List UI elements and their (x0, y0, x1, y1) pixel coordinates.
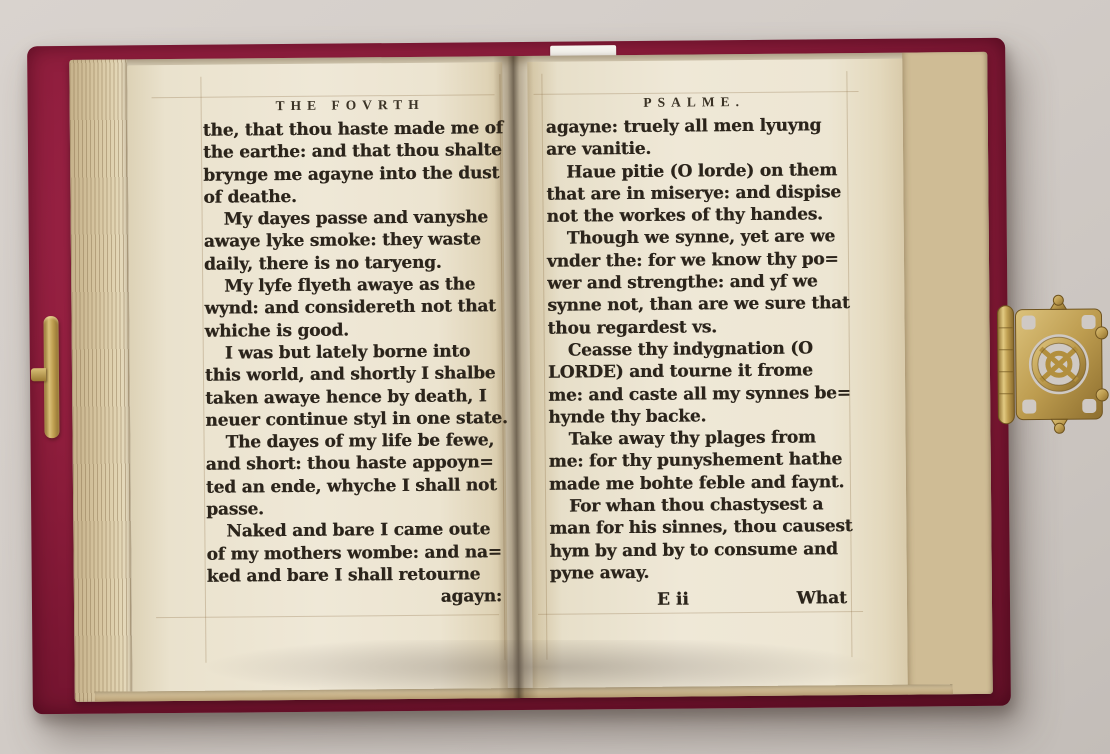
text-line: are vanitie. (546, 136, 843, 161)
text-line: that are in miserye: and dispise (546, 181, 843, 206)
text-lines: agayne: truely all men lyuyngare vanitie… (546, 114, 847, 585)
text-line: made me bohte feble and faynt. (549, 471, 846, 496)
ruled-line (156, 614, 499, 618)
clasp-ornament-icon (993, 293, 1110, 436)
text-line: LORDE) and tourne it frome (548, 359, 845, 384)
text-line: of my mothers wombe: and na= (206, 541, 501, 566)
text-line: whiche is good. (205, 318, 500, 343)
text-line: I was but lately borne into (205, 340, 500, 365)
text-line: My lyfe flyeth awaye as the (204, 273, 499, 298)
text-line: hynde thy backe. (548, 404, 845, 429)
text-line: For whan thou chastysest a (549, 493, 846, 518)
gutter-shadow (493, 56, 539, 698)
catchword: What (797, 587, 848, 609)
text-line: man for his sinnes, thou causest (549, 515, 846, 540)
text-line: agayn: (207, 585, 502, 610)
text-line: and short: thou haste appoyn= (206, 452, 501, 477)
text-line: the earthe: and that thou shalte (203, 139, 498, 164)
text-line: awaye lyke smoke: they waste (204, 229, 499, 254)
text-line: me: and caste all my synnes be= (548, 382, 845, 407)
text-line: ted an ende, whyche I shall not (206, 474, 501, 499)
page-block: THE FOVRTH the, that thou haste made me … (69, 52, 993, 702)
text-column-right: agayne: truely all men lyuyngare vanitie… (546, 114, 847, 612)
text-line: wynd: and considereth not that (204, 296, 499, 321)
text-line: the, that thou haste made me of (203, 117, 498, 142)
gilt-clasp (993, 293, 1110, 436)
text-line: me: for thy punyshement hathe (549, 449, 846, 474)
running-header-left: THE FOVRTH (203, 96, 498, 115)
photo-background: THE FOVRTH the, that thou haste made me … (0, 0, 1110, 754)
text-line: brynge me agayne into the dust (203, 162, 498, 187)
text-line: neuer continue styl in one state. (205, 407, 500, 432)
text-line: this world, and shortly I shalbe (205, 362, 500, 387)
text-line: thou regardest vs. (547, 315, 844, 340)
signature-mark: E ii (657, 589, 689, 611)
right-page: PSALME. agayne: truely all men lyuyngare… (527, 59, 907, 688)
page-edges-left (69, 59, 133, 701)
text-line: My dayes passe and vanyshe (204, 206, 499, 231)
text-line: wer and strengthe: and yf we (547, 270, 844, 295)
text-line: pyne away. (550, 560, 847, 585)
text-column-left: the, that thou haste made me ofthe earth… (203, 117, 502, 610)
text-line: Naked and bare I came oute (206, 519, 501, 544)
running-header-right: PSALME. (546, 93, 843, 112)
text-line: not the workes of thy handes. (547, 203, 844, 228)
text-line: Take away thy plages from (548, 426, 845, 451)
text-line: vnder the: for we know thy po= (547, 248, 844, 273)
text-line: daily, there is no taryeng. (204, 251, 499, 276)
text-line: of deathe. (203, 184, 498, 209)
text-line: Ceasse thy indygnation (O (548, 337, 845, 362)
text-line: hym by and by to consume and (549, 538, 846, 563)
left-page: THE FOVRTH the, that thou haste made me … (127, 62, 507, 691)
fore-edge-right (902, 52, 993, 695)
text-line: passe. (206, 496, 501, 521)
text-line: Though we synne, yet are we (547, 226, 844, 251)
text-line: The dayes of my life be fewe, (205, 429, 500, 454)
text-line: agayne: truely all men lyuyng (546, 114, 843, 139)
text-line: ked and bare I shall retourne (207, 563, 502, 588)
catch-pin-knob (31, 368, 46, 381)
ruled-line (846, 71, 852, 657)
open-book: THE FOVRTH the, that thou haste made me … (27, 38, 1011, 715)
text-line: synne not, than are we sure that (547, 293, 844, 318)
text-line: Haue pitie (O lorde) on them (546, 159, 843, 184)
text-line: taken awaye hence by death, I (205, 385, 500, 410)
signature-row: E ii What (550, 587, 847, 612)
